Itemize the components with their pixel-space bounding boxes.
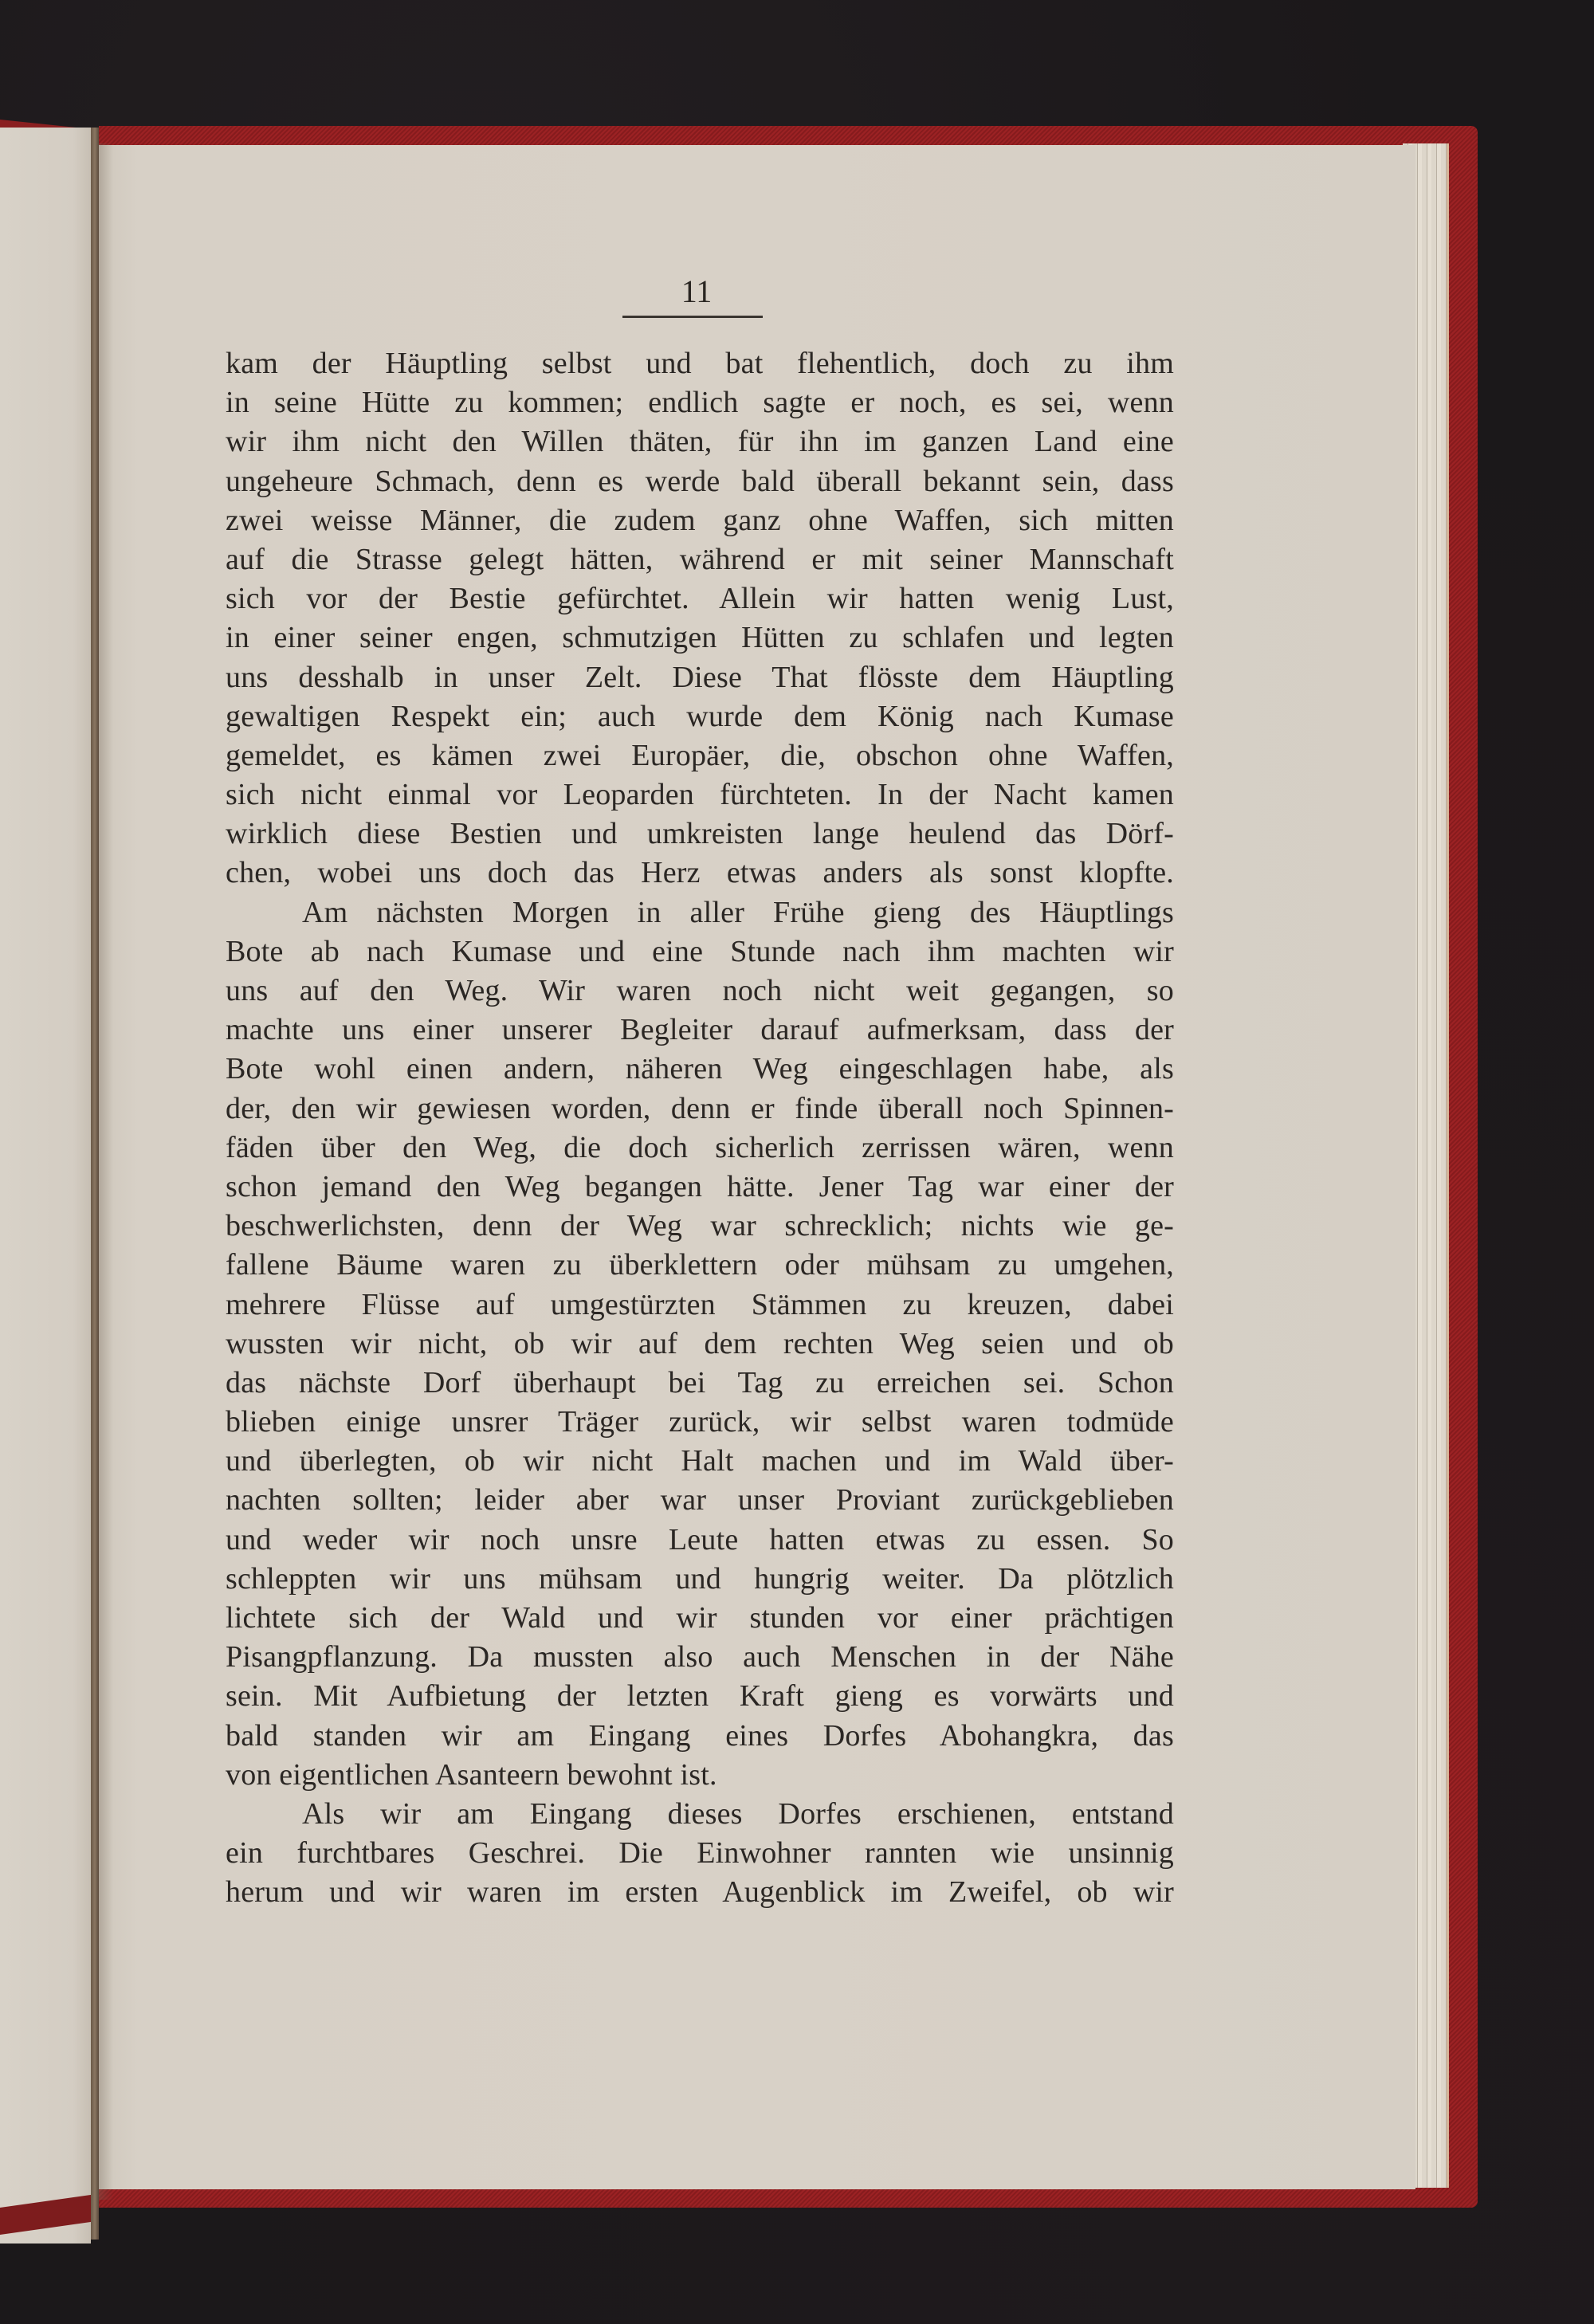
text-line: schon jemand den Weg begangen hätte. Jen… [226,1168,1174,1207]
text-line: wirklich diese Bestien und umkreisten la… [226,815,1174,854]
text-line: von eigentlichen Asanteern bewohnt ist. [226,1756,1174,1795]
text-line: der, den wir gewiesen worden, denn er fi… [226,1089,1174,1129]
page-number: 11 [657,273,736,310]
text-line: zwei weisse Männer, die zudem ganz ohne … [226,501,1174,540]
text-line: uns desshalb in unser Zelt. Diese That f… [226,658,1174,697]
text-line: fäden über den Weg, die doch sicherlich … [226,1129,1174,1168]
text-line: mehrere Flüsse auf umgestürzten Stämmen … [226,1286,1174,1325]
text-line: lichtete sich der Wald und wir stunden v… [226,1599,1174,1638]
text-line: in einer seiner engen, schmutzigen Hütte… [226,618,1174,658]
text-line: gemeldet, es kämen zwei Europäer, die, o… [226,736,1174,775]
text-line: das nächste Dorf überhaupt bei Tag zu er… [226,1364,1174,1403]
text-line: gewaltigen Respekt ein; auch wurde dem K… [226,697,1174,736]
text-line: sich nicht einmal vor Leoparden fürchtet… [226,775,1174,815]
body-text: kam der Häuptling selbst und bat flehent… [226,344,1174,1913]
gutter-shadow [99,143,113,2200]
text-line: Bote ab nach Kumase und eine Stunde nach… [226,932,1174,972]
text-line: und überlegten, ob wir nicht Halt machen… [226,1442,1174,1481]
text-line: fallene Bäume waren zu überklettern oder… [226,1246,1174,1285]
left-page [0,128,91,2244]
text-line: machte uns einer unserer Begleiter darau… [226,1011,1174,1050]
text-line: sein. Mit Aufbietung der letzten Kraft g… [226,1677,1174,1716]
text-line: Als wir am Eingang dieses Dorfes erschie… [226,1795,1174,1834]
text-line: nachten sollten; leider aber war unser P… [226,1481,1174,1520]
text-line: kam der Häuptling selbst und bat flehent… [226,344,1174,383]
text-line: Am nächsten Morgen in aller Frühe gieng … [226,893,1174,932]
text-line: sich vor der Bestie gefürchtet. Allein w… [226,579,1174,618]
text-line: Bote wohl einen andern, näheren Weg eing… [226,1050,1174,1089]
text-line: ein furchtbares Geschrei. Die Einwohner … [226,1834,1174,1873]
text-line: blieben einige unsrer Träger zurück, wir… [226,1403,1174,1442]
text-line: beschwerlichsten, denn der Weg war schre… [226,1207,1174,1246]
text-line: wussten wir nicht, ob wir auf dem rechte… [226,1325,1174,1364]
text-line: Pisangpflanzung. Da mussten also auch Me… [226,1638,1174,1677]
text-line: schleppten wir uns mühsam und hungrig we… [226,1560,1174,1599]
text-line: chen, wobei uns doch das Herz etwas ande… [226,854,1174,893]
text-line: in seine Hütte zu kommen; endlich sagte … [226,383,1174,422]
book-gutter [91,128,99,2240]
text-line: auf die Strasse gelegt hätten, während e… [226,540,1174,579]
text-line: wir ihm nicht den Willen thäten, für ihn… [226,422,1174,461]
text-line: uns auf den Weg. Wir waren noch nicht we… [226,972,1174,1011]
text-line: bald standen wir am Eingang eines Dorfes… [226,1717,1174,1756]
page-number-rule [622,316,763,318]
text-line: ungeheure Schmach, denn es werde bald üb… [226,462,1174,501]
text-line: herum und wir waren im ersten Augenblick… [226,1873,1174,1912]
text-line: und weder wir noch unsre Leute hatten et… [226,1521,1174,1560]
